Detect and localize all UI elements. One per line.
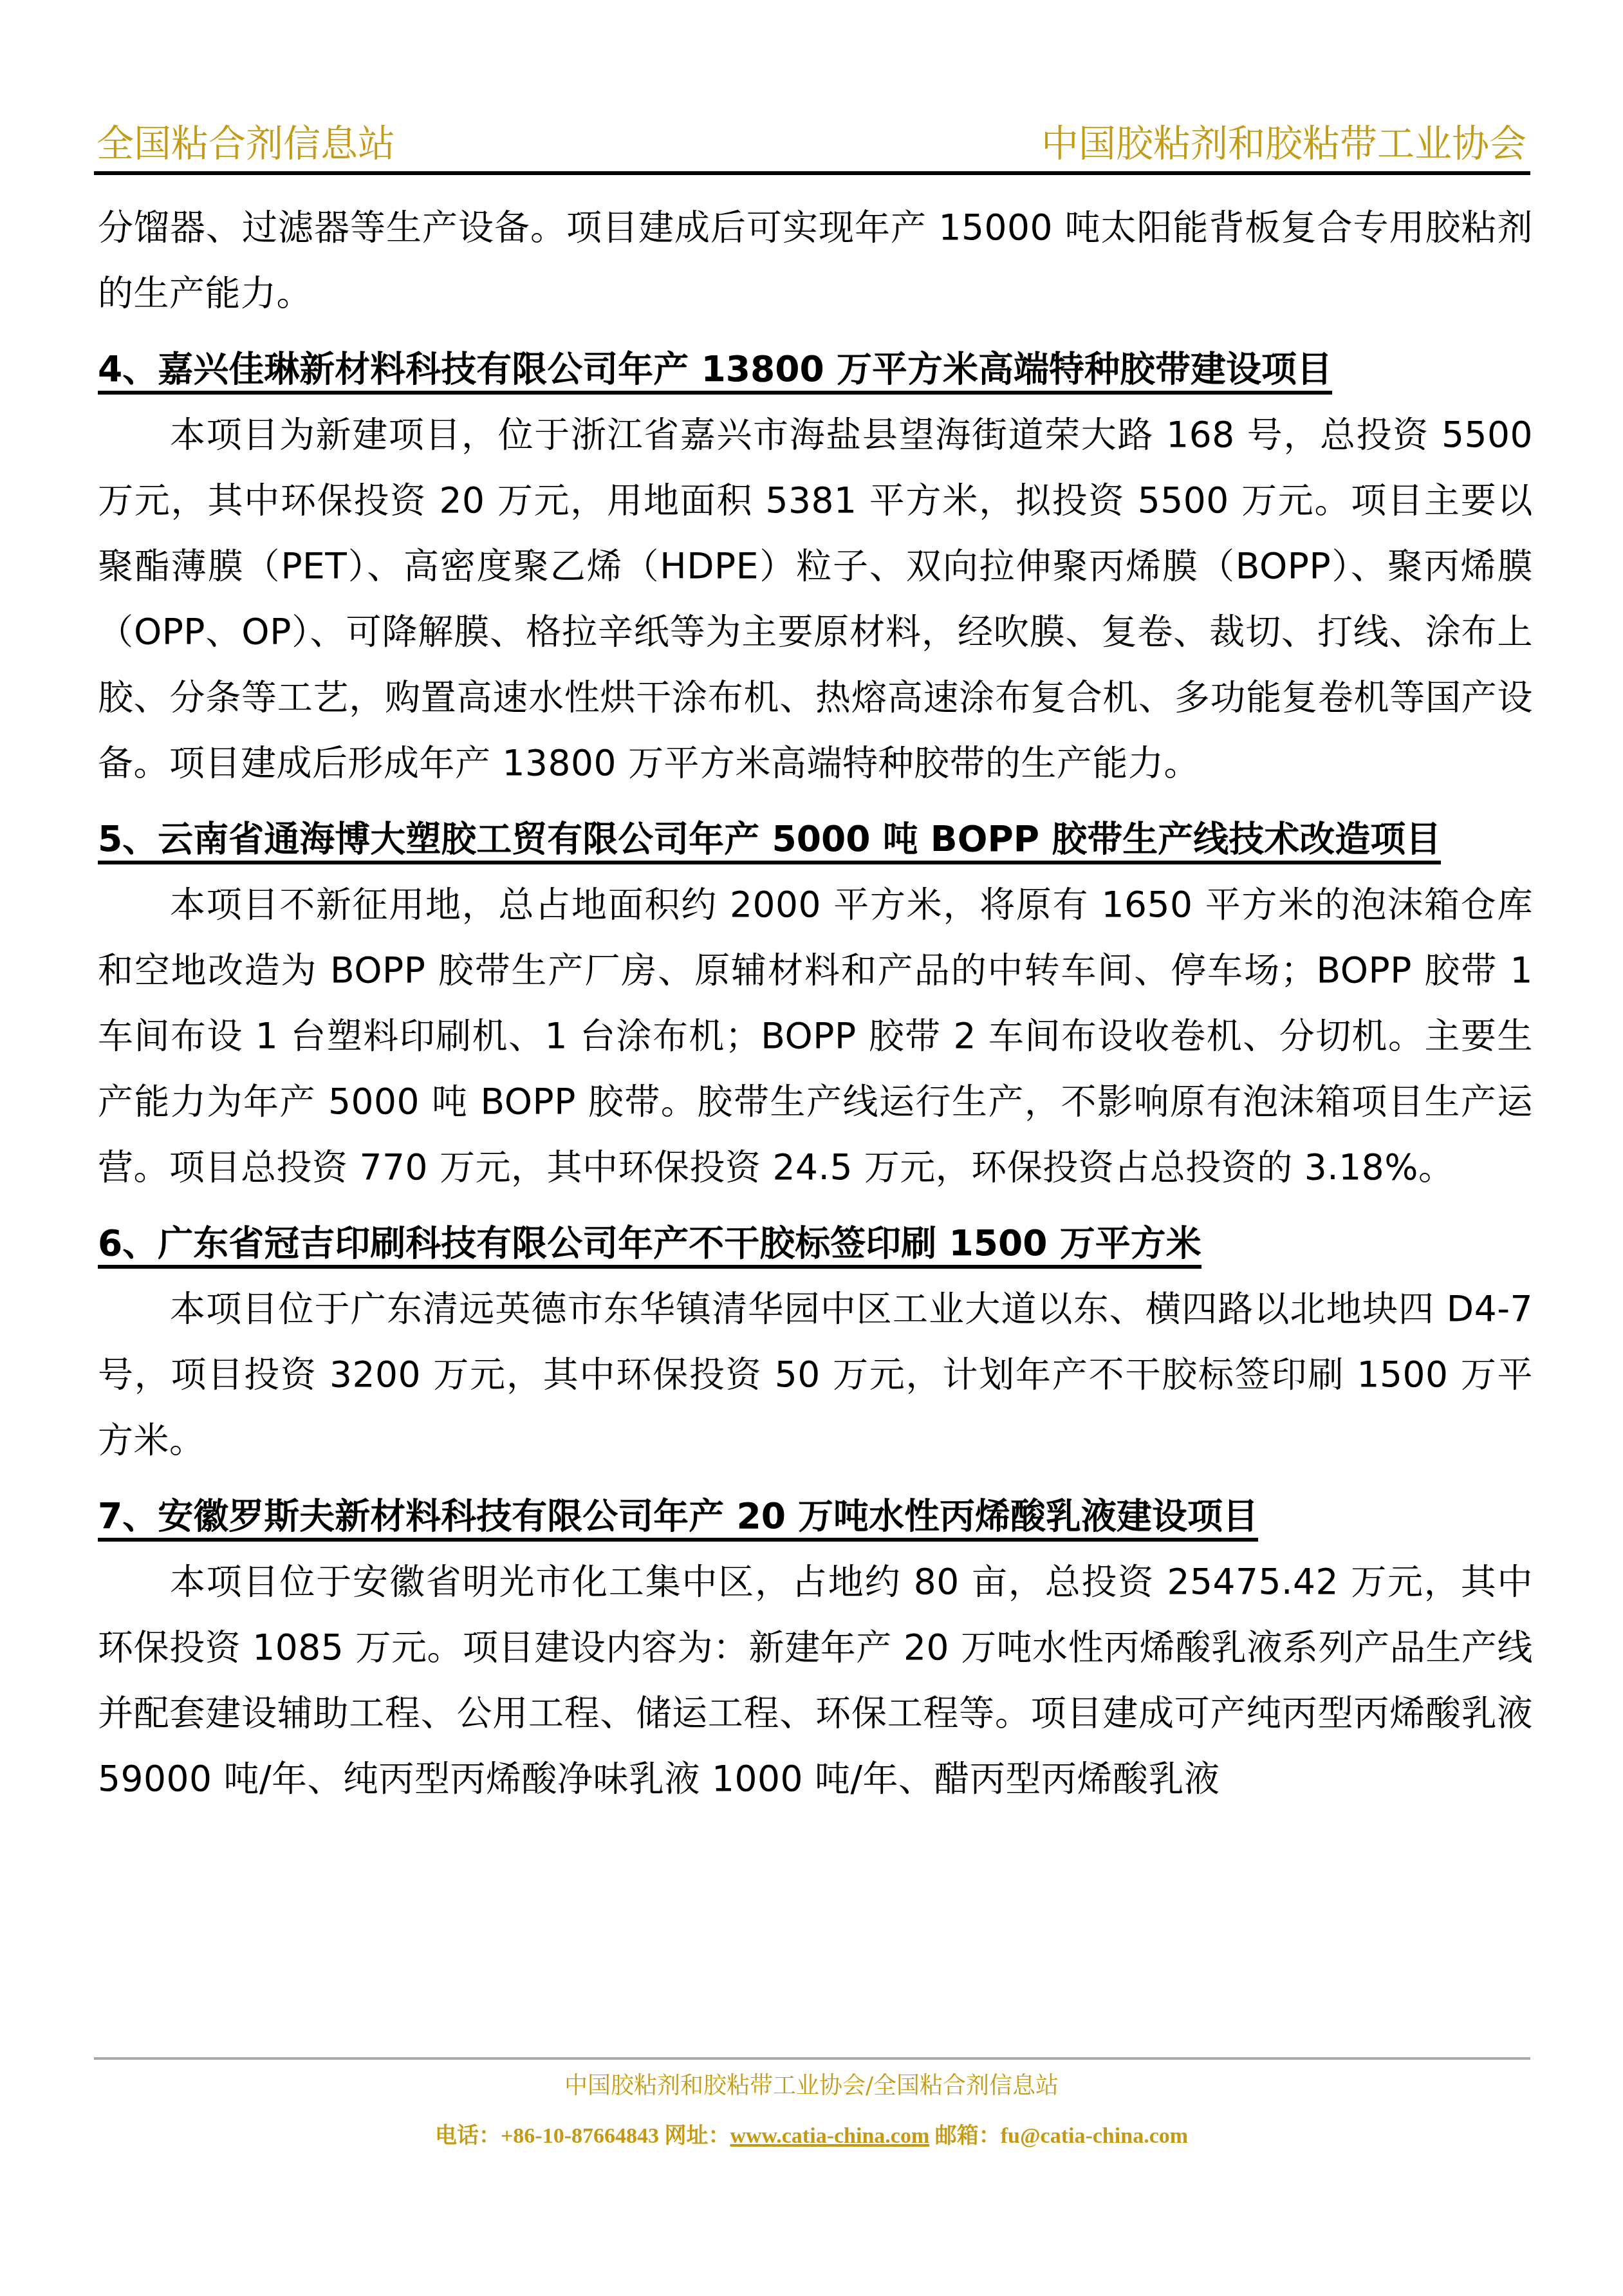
footer-divider — [94, 2057, 1530, 2060]
section-heading-5-text: 5、云南省通海博大塑胶工贸有限公司年产 5000 吨 BOPP 胶带生产线技术改… — [98, 818, 1441, 864]
footer-website-link[interactable]: www.catia-china.com — [730, 2124, 929, 2148]
section-heading-7-text: 7、安徽罗斯夫新材料科技有限公司年产 20 万吨水性丙烯酸乳液建设项目 — [98, 1495, 1258, 1542]
intro-paragraph: 分馏器、过滤器等生产设备。项目建成后可实现年产 15000 吨太阳能背板复合专用… — [98, 194, 1533, 326]
footer-email-label: 邮箱： — [929, 2124, 1001, 2148]
section-body-4: 本项目为新建项目，位于浙江省嘉兴市海盐县望海街道荣大路 168 号，总投资 55… — [98, 402, 1533, 796]
header-divider — [94, 171, 1530, 175]
section-body-5: 本项目不新征用地，总占地面积约 2000 平方米，将原有 1650 平方米的泡沫… — [98, 872, 1533, 1200]
header-site-name: 全国粘合剂信息站 — [97, 121, 395, 166]
document-body: 分馏器、过滤器等生产设备。项目建成后可实现年产 15000 吨太阳能背板复合专用… — [98, 194, 1533, 1811]
header-association-name: 中国胶粘剂和胶粘带工业协会 — [1041, 121, 1526, 166]
section-heading-5: 5、云南省通海博大塑胶工贸有限公司年产 5000 吨 BOPP 胶带生产线技术改… — [98, 806, 1533, 872]
section-body-6: 本项目位于广东清远英德市东华镇清华园中区工业大道以东、横四路以北地块四 D4-7… — [98, 1276, 1533, 1473]
footer-org-line: 中国胶粘剂和胶粘带工业协会/全国粘合剂信息站 — [0, 2067, 1623, 2100]
footer-phone-label: 电话： — [435, 2124, 501, 2148]
section-heading-6: 6、广东省冠吉印刷科技有限公司年产不干胶标签印刷 1500 万平方米 — [98, 1210, 1533, 1276]
footer-contact-line: 电话：+86-10-87664843 网址：www.catia-china.co… — [0, 2118, 1623, 2149]
section-body-7: 本项目位于安徽省明光市化工集中区，占地约 80 亩，总投资 25475.42 万… — [98, 1549, 1533, 1811]
section-heading-6-text: 6、广东省冠吉印刷科技有限公司年产不干胶标签印刷 1500 万平方米 — [98, 1222, 1201, 1269]
footer-phone: +86-10-87664843 — [501, 2124, 659, 2148]
section-heading-7: 7、安徽罗斯夫新材料科技有限公司年产 20 万吨水性丙烯酸乳液建设项目 — [98, 1483, 1533, 1549]
footer-email[interactable]: fu@catia-china.com — [1001, 2124, 1188, 2148]
footer-web-label: 网址： — [659, 2124, 730, 2148]
section-heading-4-text: 4、嘉兴佳琳新材料科技有限公司年产 13800 万平方米高端特种胶带建设项目 — [98, 348, 1332, 395]
section-heading-4: 4、嘉兴佳琳新材料科技有限公司年产 13800 万平方米高端特种胶带建设项目 — [98, 336, 1533, 402]
